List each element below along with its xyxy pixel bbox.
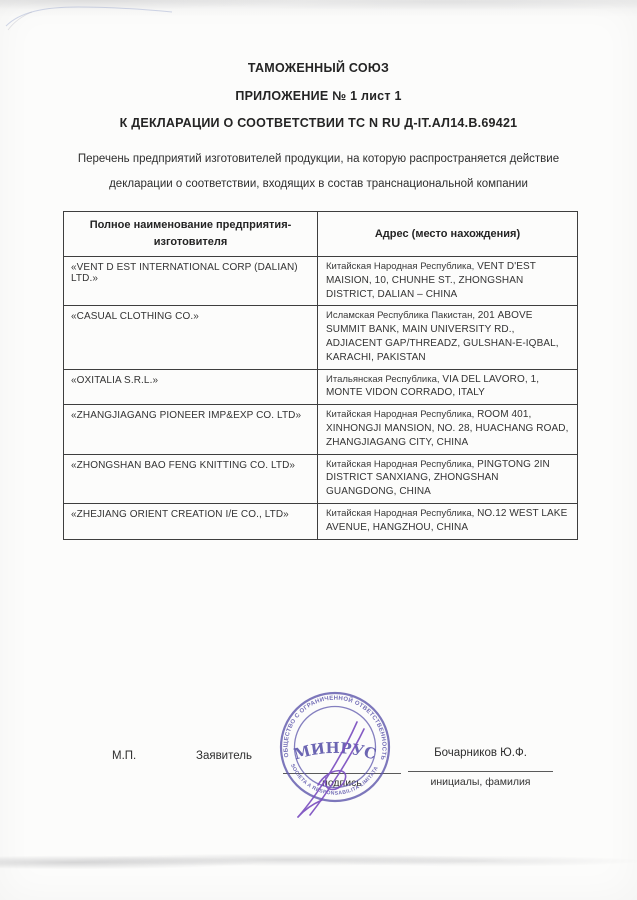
signer-name: Бочарников Ю.Ф. <box>408 747 553 759</box>
manufacturer-name: «VENT D EST INTERNATIONAL CORP (DALIAN) … <box>64 257 318 306</box>
company-stamp: ОБЩЕСТВО С ОГРАНИЧЕННОЙ ОТВЕТСТВЕННОСТЬЮ… <box>272 688 398 820</box>
signer-name-caption: инициалы, фамилия <box>408 776 553 788</box>
manufacturer-name: «ZHONGSHAN BAO FENG KNITTING CO. LTD» <box>64 454 318 503</box>
document-page: ТАМОЖЕННЫЙ СОЮЗ ПРИЛОЖЕНИЕ № 1 лист 1 К … <box>0 0 637 900</box>
manufacturer-name: «OXITALIA S.R.L.» <box>64 369 318 405</box>
table-header-row: Полное наименование предприятия-изготови… <box>64 212 578 257</box>
table-row: «ZHONGSHAN BAO FENG KNITTING CO. LTD» Ки… <box>64 454 578 503</box>
scan-artifact-bottom <box>0 852 637 878</box>
intro-text-line-2: декларации о соответствии, входящих в со… <box>0 178 637 190</box>
table-row: «ZHEJIANG ORIENT CREATION I/E CO., LTD» … <box>64 504 578 540</box>
doc-appendix-line: ПРИЛОЖЕНИЕ № 1 лист 1 <box>0 89 637 103</box>
manufacturer-address: Китайская Народная Республика, NO.12 WES… <box>318 504 578 540</box>
column-header-name: Полное наименование предприятия-изготови… <box>64 212 318 257</box>
table-row: «VENT D EST INTERNATIONAL CORP (DALIAN) … <box>64 257 578 306</box>
table-row: «ZHANGJIAGANG PIONEER IMP&EXP CO. LTD» К… <box>64 405 578 454</box>
address-country-ru: Китайская Народная Республика, <box>326 409 474 420</box>
column-header-address: Адрес (место нахождения) <box>318 212 578 257</box>
stamp-place-label: М.П. <box>112 750 136 762</box>
manufacturer-name: «ZHANGJIAGANG PIONEER IMP&EXP CO. LTD» <box>64 405 318 454</box>
signer-name-line <box>408 771 553 772</box>
manufacturers-table: Полное наименование предприятия-изготови… <box>63 211 578 540</box>
manufacturer-address: Китайская Народная Республика, PINGTONG … <box>318 454 578 503</box>
address-country-ru: Китайская Народная Республика, <box>326 508 474 519</box>
manufacturer-name: «ZHEJIANG ORIENT CREATION I/E CO., LTD» <box>64 504 318 540</box>
intro-text-line-1: Перечень предприятий изготовителей проду… <box>0 153 637 165</box>
doc-declaration-number: К ДЕКЛАРАЦИИ О СООТВЕТСТВИИ ТС N RU Д-IT… <box>0 116 637 130</box>
address-country-ru: Китайская Народная Республика, <box>326 261 474 272</box>
pen-mark <box>0 0 180 40</box>
address-country-ru: Итальянская Республика, <box>326 374 440 385</box>
manufacturer-address: Исламская Республика Пакистан, 201 ABOVE… <box>318 306 578 369</box>
table-row: «OXITALIA S.R.L.» Итальянская Республика… <box>64 369 578 405</box>
applicant-label: Заявитель <box>196 750 252 762</box>
doc-title: ТАМОЖЕННЫЙ СОЮЗ <box>0 61 637 75</box>
address-country-ru: Китайская Народная Республика, <box>326 459 474 470</box>
signature <box>298 722 364 817</box>
manufacturer-address: Китайская Народная Республика, ROOM 401,… <box>318 405 578 454</box>
manufacturer-name: «CASUAL CLOTHING CO.» <box>64 306 318 369</box>
manufacturer-address: Итальянская Республика, VIA DEL LAVORO, … <box>318 369 578 405</box>
table-row: «CASUAL CLOTHING CO.» Исламская Республи… <box>64 306 578 369</box>
address-country-ru: Исламская Республика Пакистан, <box>326 310 475 321</box>
manufacturer-address: Китайская Народная Республика, VENT D'ES… <box>318 257 578 306</box>
